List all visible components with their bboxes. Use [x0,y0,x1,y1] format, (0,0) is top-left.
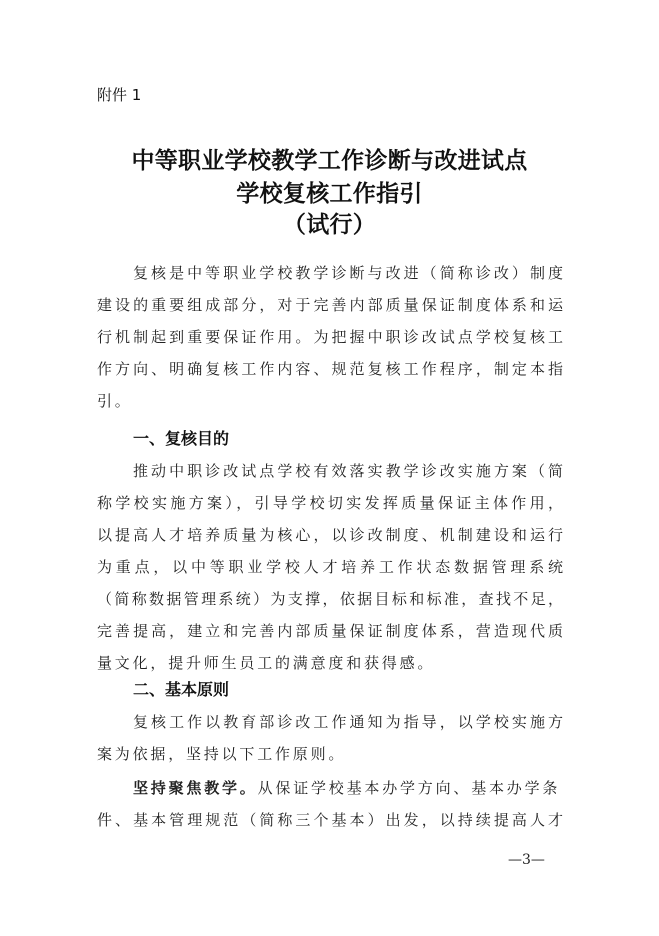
intro-line: 建设的重要组成部分，对于完善内部质量保证制度体系和运 [97,295,563,315]
intro-line: 引。 [97,391,563,411]
principle-lead: 坚持聚焦教学。 [133,779,258,797]
intro-line: 复核是中等职业学校教学诊断与改进（简称诊改）制度 [133,263,563,283]
document-page: 附件 1 中等职业学校教学工作诊断与改进试点 学校复核工作指引 （试行） 复核是… [0,0,659,936]
section1-line: 为重点，以中等职业学校人才培养工作状态数据管理系统 [97,557,563,577]
section1-line: 完善提高，建立和完善内部质量保证制度体系，营造现代质 [97,621,563,641]
attachment-label: 附件 1 [97,85,141,105]
section1-line: 称学校实施方案），引导学校切实发挥质量保证主体作用， [97,493,563,513]
intro-line: 作方向、明确复核工作内容、规范复核工作程序，制定本指 [97,359,563,379]
section1-line: 以提高人才培养质量为核心，以诊改制度、机制建设和运行 [97,525,563,545]
principle-text: 从保证学校基本办学方向、基本办学条 [258,779,561,797]
section2-line: 案为依据，坚持以下工作原则。 [97,744,563,764]
section-heading-principles: 二、基本原则 [133,680,229,700]
intro-line: 行机制起到重要保证作用。为把握中职诊改试点学校复核工 [97,327,563,347]
section1-line: （简称数据管理系统）为支撑，依据目标和标准，查找不足， [97,589,563,609]
page-number: —3— [508,852,545,868]
section-heading-purpose: 一、复核目的 [133,429,229,449]
section1-line: 推动中职诊改试点学校有效落实教学诊改实施方案（简 [133,461,563,481]
document-title-line-1: 中等职业学校教学工作诊断与改进试点 [0,142,659,175]
section2-line: 复核工作以教育部诊改工作通知为指导，以学校实施方 [133,712,563,732]
document-title-line-3: （试行） [0,206,659,239]
principle-line: 件、基本管理规范（简称三个基本）出发，以持续提高人才 [97,810,563,830]
section1-line: 量文化，提升师生员工的满意度和获得感。 [97,653,563,673]
principle-focus-teaching-line: 坚持聚焦教学。从保证学校基本办学方向、基本办学条 [133,778,563,798]
document-title-line-2: 学校复核工作指引 [0,175,659,208]
